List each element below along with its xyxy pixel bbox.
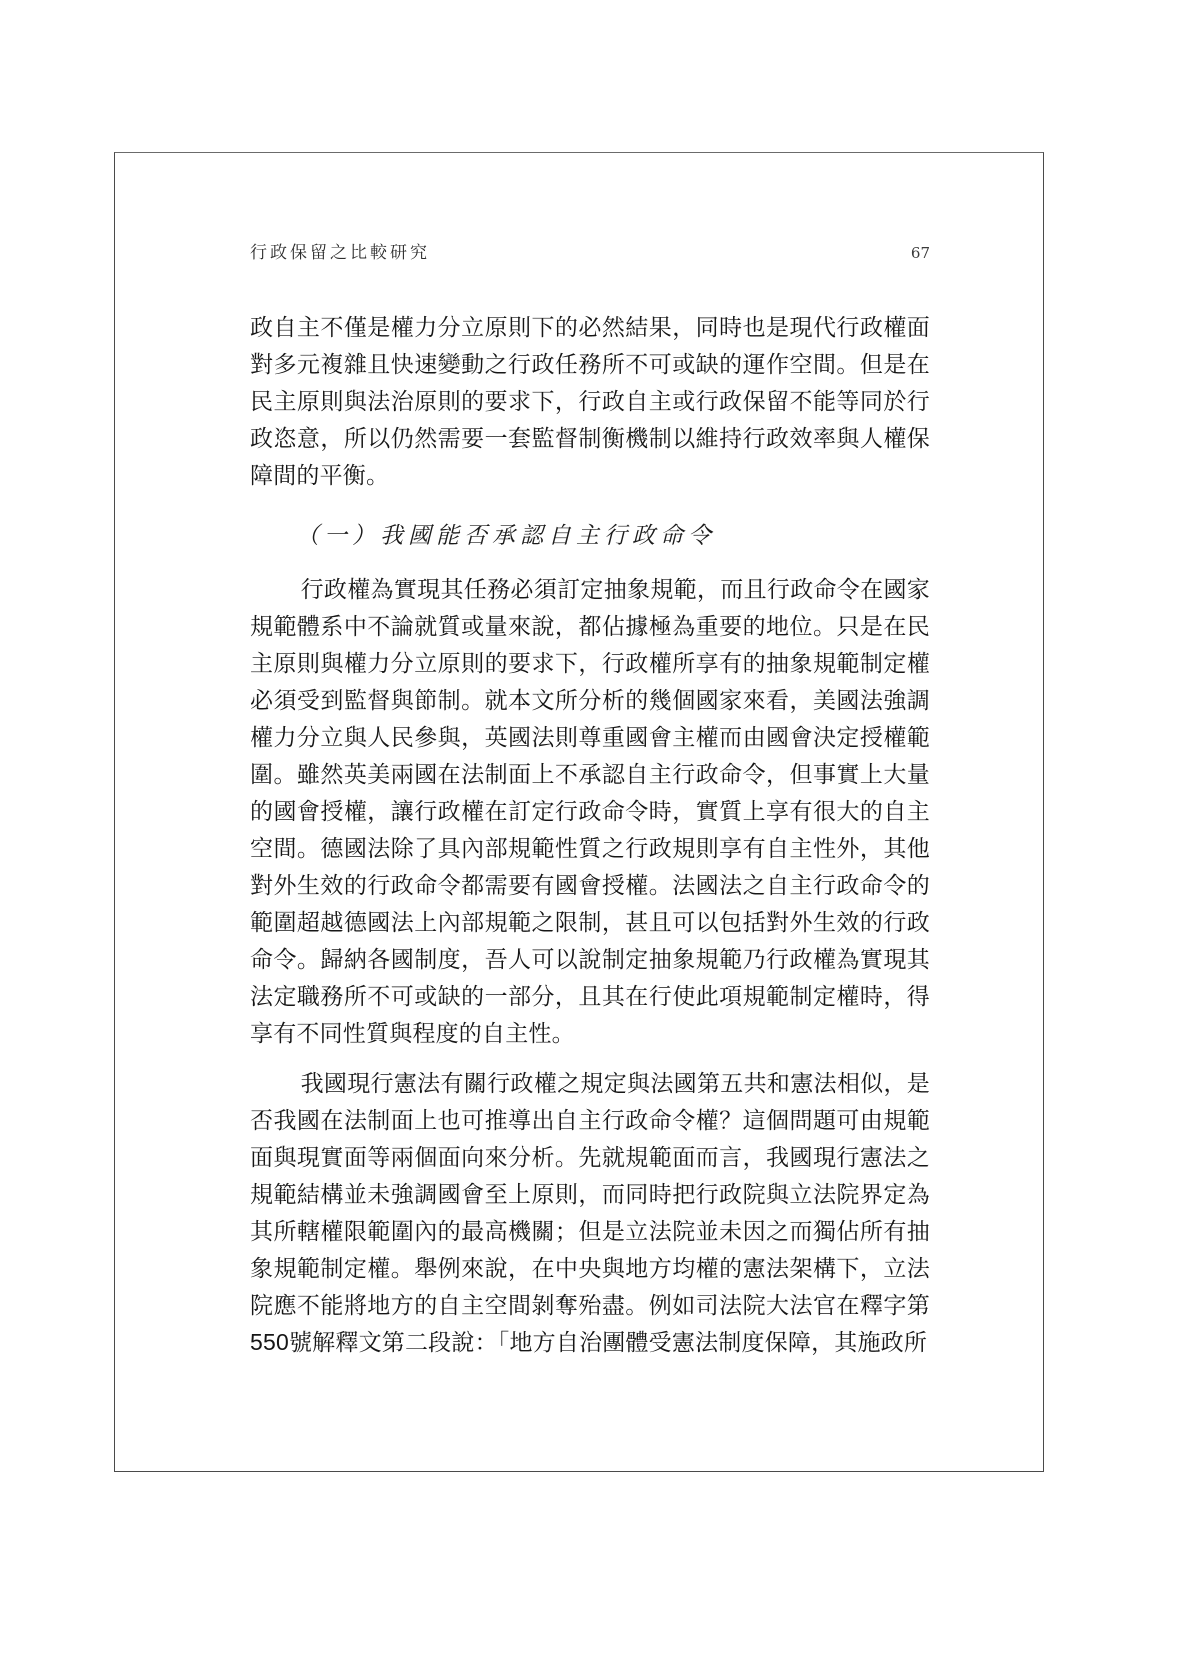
page-content: 行政保留之比較研究 67 政自主不僅是權力分立原則下的必然結果，同時也是現代行政… (250, 238, 930, 1374)
paragraph: 行政權為實現其任務必須訂定抽象規範，而且行政命令在國家規範體系中不論就質或量來說… (250, 571, 930, 1052)
running-header: 行政保留之比較研究 67 (250, 238, 930, 263)
paragraph: 我國現行憲法有關行政權之規定與法國第五共和憲法相似，是否我國在法制面上也可推導出… (250, 1065, 930, 1361)
body-text: 政自主不僅是權力分立原則下的必然結果，同時也是現代行政權面對多元複雜且快速變動之… (250, 309, 930, 1361)
document-title: 行政保留之比較研究 (250, 238, 430, 263)
paragraph: 政自主不僅是權力分立原則下的必然結果，同時也是現代行政權面對多元複雜且快速變動之… (250, 309, 930, 494)
section-heading: （一）我國能否承認自主行政命令 (250, 517, 930, 554)
page-number: 67 (911, 244, 930, 262)
scanned-document-page: 行政保留之比較研究 67 政自主不僅是權力分立原則下的必然結果，同時也是現代行政… (0, 0, 1177, 1664)
